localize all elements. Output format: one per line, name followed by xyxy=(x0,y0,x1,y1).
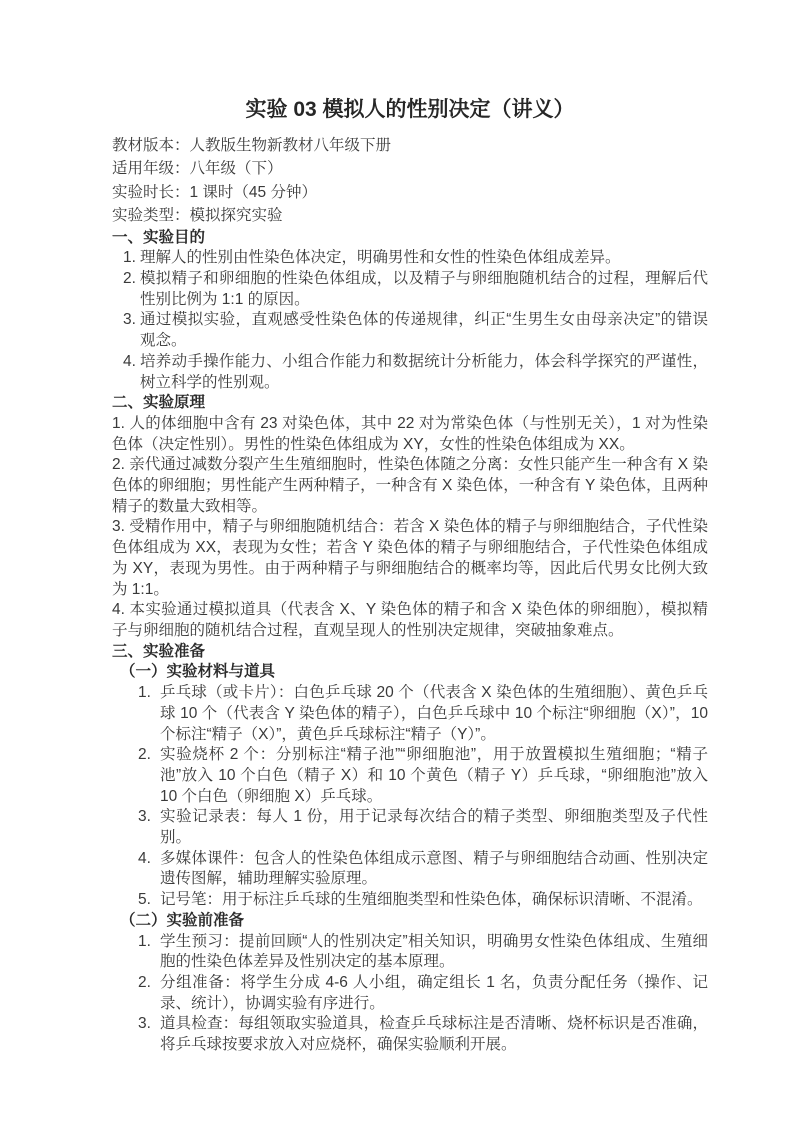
numbered-list: 1.理解人的性别由性染色体决定，明确男性和女性的性染色体组成差异。2.模拟精子和… xyxy=(112,248,708,393)
meta-line: 实验时长：1 课时（45 分钟） xyxy=(112,181,708,204)
list-item: 4.培养动手操作能力、小组合作能力和数据统计分析能力，体会科学探究的严谨性，树立… xyxy=(112,352,708,393)
section-heading: 三、实验准备 xyxy=(112,642,708,663)
item-text: 通过模拟实验，直观感受性染色体的传递规律，纠正“生男生女由母亲决定”的错误观念。 xyxy=(140,311,708,349)
body-paragraph: 2. 亲代通过减数分裂产生生殖细胞时，性染色体随之分离：女性只能产生一种含有 X… xyxy=(112,455,708,517)
item-number: 3. xyxy=(138,1014,151,1035)
item-number: 1. xyxy=(138,932,151,953)
section-heading: 二、实验原理 xyxy=(112,393,708,414)
list-item: 2.分组准备：将学生分成 4-6 人小组，确定组长 1 名，负责分配任务（操作、… xyxy=(112,973,708,1014)
item-number: 1. xyxy=(138,683,151,704)
list-item: 3.道具检查：每组领取实验道具，检查乒乓球标注是否清晰、烧杯标识是否准确，将乒乓… xyxy=(112,1014,708,1055)
numbered-list: 1.乒乓球（或卡片）：白色乒乓球 20 个（代表含 X 染色体的生殖细胞）、黄色… xyxy=(112,683,708,911)
item-text: 道具检查：每组领取实验道具，检查乒乓球标注是否清晰、烧杯标识是否准确，将乒乓球按… xyxy=(160,1015,708,1053)
item-text: 多媒体课件：包含人的性染色体组成示意图、精子与卵细胞结合动画、性别决定遗传图解，… xyxy=(160,850,708,888)
meta-line: 实验类型：模拟探究实验 xyxy=(112,204,708,227)
document-page: 实验 03 模拟人的性别决定（讲义） 教材版本：人教版生物新教材八年级下册适用年… xyxy=(0,0,794,1123)
body-paragraph: 4. 本实验通过模拟道具（代表含 X、Y 染色体的精子和含 X 染色体的卵细胞）… xyxy=(112,600,708,641)
document-title: 实验 03 模拟人的性别决定（讲义） xyxy=(112,96,708,123)
list-item: 3.实验记录表：每人 1 份，用于记录每次结合的精子类型、卵细胞类型及子代性别。 xyxy=(112,807,708,848)
item-number: 2. xyxy=(138,745,151,766)
item-number: 4. xyxy=(123,352,136,373)
list-item: 1.理解人的性别由性染色体决定，明确男性和女性的性染色体组成差异。 xyxy=(112,248,708,269)
numbered-list: 1.学生预习：提前回顾“人的性别决定”相关知识，明确男女性染色体组成、生殖细胞的… xyxy=(112,932,708,1056)
document-sections: 一、实验目的1.理解人的性别由性染色体决定，明确男性和女性的性染色体组成差异。2… xyxy=(112,228,708,1056)
subsection-heading: （一）实验材料与道具 xyxy=(112,662,708,683)
meta-block: 教材版本：人教版生物新教材八年级下册适用年级：八年级（下）实验时长：1 课时（4… xyxy=(112,134,708,228)
item-text: 实验烧杯 2 个：分别标注“精子池”“卵细胞池”，用于放置模拟生殖细胞；“精子池… xyxy=(160,746,708,804)
meta-line: 适用年级：八年级（下） xyxy=(112,157,708,180)
meta-line: 教材版本：人教版生物新教材八年级下册 xyxy=(112,134,708,157)
section-heading: 一、实验目的 xyxy=(112,228,708,249)
body-paragraph: 1. 人的体细胞中含有 23 对染色体，其中 22 对为常染色体（与性别无关），… xyxy=(112,414,708,455)
item-number: 1. xyxy=(123,248,136,269)
item-text: 理解人的性别由性染色体决定，明确男性和女性的性染色体组成差异。 xyxy=(140,249,621,266)
list-item: 1.乒乓球（或卡片）：白色乒乓球 20 个（代表含 X 染色体的生殖细胞）、黄色… xyxy=(112,683,708,745)
list-item: 4.多媒体课件：包含人的性染色体组成示意图、精子与卵细胞结合动画、性别决定遗传图… xyxy=(112,849,708,890)
subsection-heading: （二）实验前准备 xyxy=(112,911,708,932)
item-text: 模拟精子和卵细胞的性染色体组成，以及精子与卵细胞随机结合的过程，理解后代性别比例… xyxy=(140,270,708,308)
item-text: 实验记录表：每人 1 份，用于记录每次结合的精子类型、卵细胞类型及子代性别。 xyxy=(160,808,708,846)
list-item: 3.通过模拟实验，直观感受性染色体的传递规律，纠正“生男生女由母亲决定”的错误观… xyxy=(112,310,708,351)
item-text: 记号笔：用于标注乒乓球的生殖细胞类型和性染色体，确保标识清晰、不混淆。 xyxy=(160,891,703,908)
item-number: 5. xyxy=(138,890,151,911)
body-paragraph: 3. 受精作用中，精子与卵细胞随机结合：若含 X 染色体的精子与卵细胞结合，子代… xyxy=(112,517,708,600)
item-text: 培养动手操作能力、小组合作能力和数据统计分析能力，体会科学探究的严谨性，树立科学… xyxy=(140,353,708,391)
list-item: 2.实验烧杯 2 个：分别标注“精子池”“卵细胞池”，用于放置模拟生殖细胞；“精… xyxy=(112,745,708,807)
list-item: 2.模拟精子和卵细胞的性染色体组成，以及精子与卵细胞随机结合的过程，理解后代性别… xyxy=(112,269,708,310)
item-number: 3. xyxy=(138,807,151,828)
item-number: 2. xyxy=(138,973,151,994)
item-number: 3. xyxy=(123,310,136,331)
item-text: 乒乓球（或卡片）：白色乒乓球 20 个（代表含 X 染色体的生殖细胞）、黄色乒乓… xyxy=(160,684,708,742)
item-number: 2. xyxy=(123,269,136,290)
item-text: 学生预习：提前回顾“人的性别决定”相关知识，明确男女性染色体组成、生殖细胞的性染… xyxy=(160,933,708,971)
list-item: 1.学生预习：提前回顾“人的性别决定”相关知识，明确男女性染色体组成、生殖细胞的… xyxy=(112,932,708,973)
item-text: 分组准备：将学生分成 4-6 人小组，确定组长 1 名，负责分配任务（操作、记录… xyxy=(160,974,708,1012)
item-number: 4. xyxy=(138,849,151,870)
list-item: 5.记号笔：用于标注乒乓球的生殖细胞类型和性染色体，确保标识清晰、不混淆。 xyxy=(112,890,708,911)
